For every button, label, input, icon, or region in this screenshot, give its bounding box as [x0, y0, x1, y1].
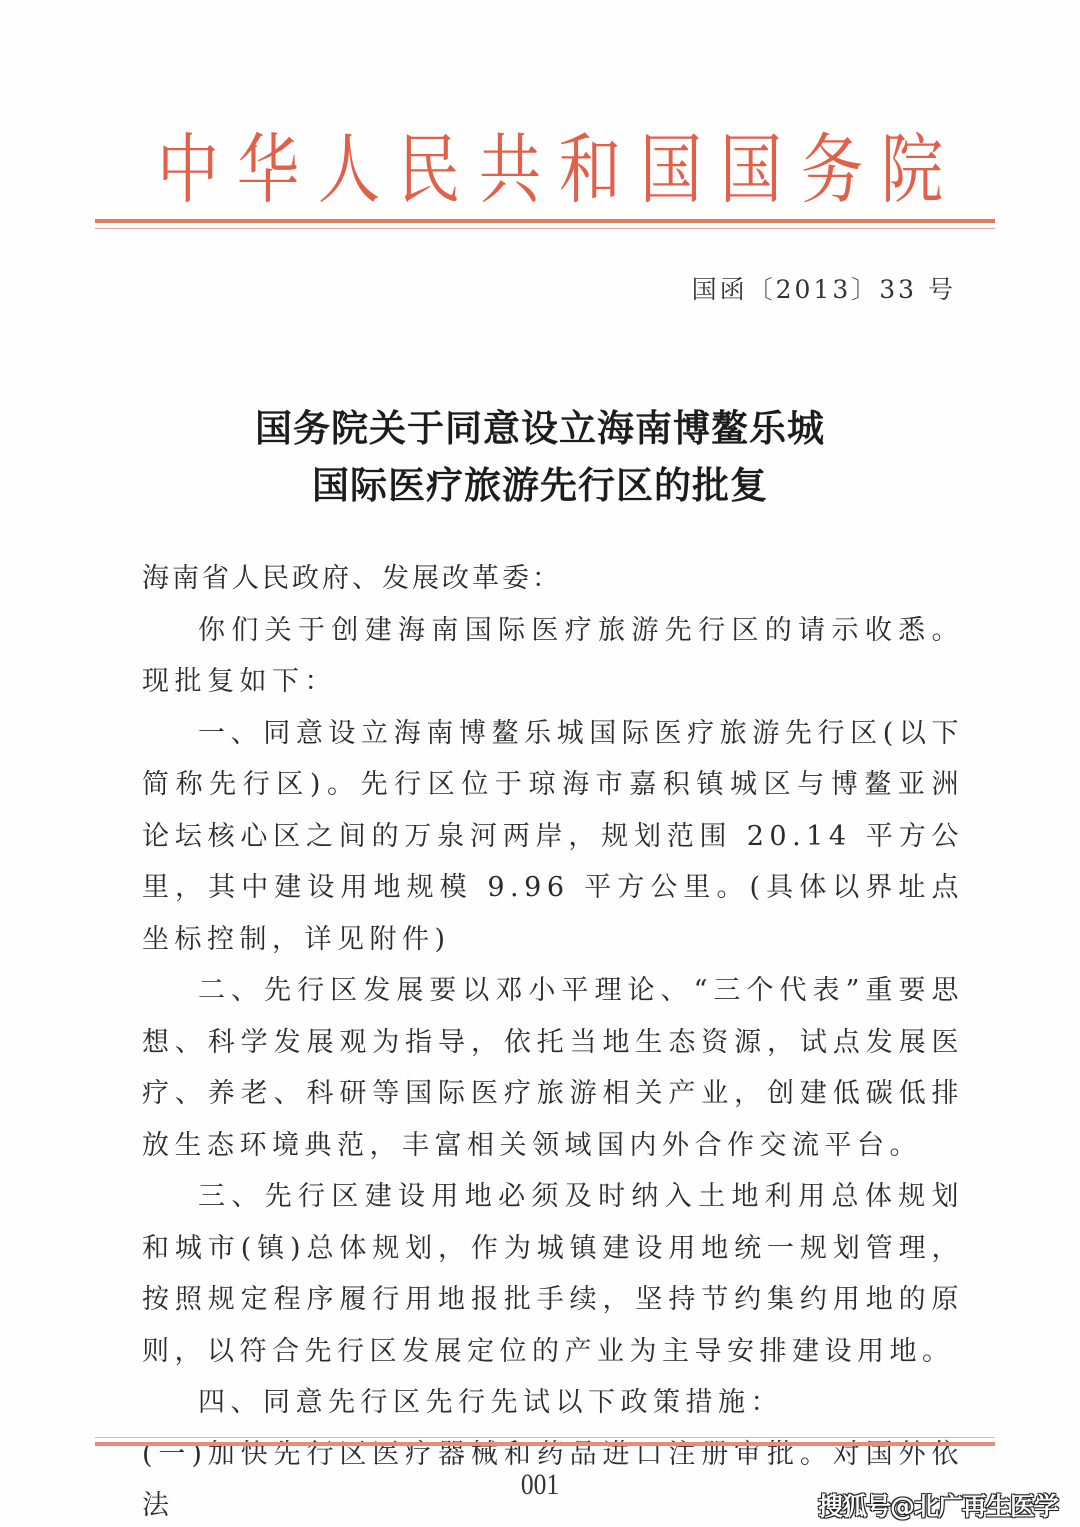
masthead-char: 国 — [720, 132, 782, 208]
paragraph-intro: 你们关于创建海南国际医疗旅游先行区的请示收悉。现批复如下： — [142, 605, 964, 708]
masthead-char: 共 — [479, 132, 541, 208]
masthead-char: 和 — [559, 132, 621, 208]
masthead-divider-thin — [95, 228, 995, 229]
masthead-char: 国 — [639, 132, 701, 208]
title-line-1: 国务院关于同意设立海南博鳌乐城 — [0, 400, 1080, 457]
masthead-char: 中 — [157, 132, 219, 208]
footer-divider-thin — [95, 1437, 995, 1438]
paragraph-1: 一、同意设立海南博鳌乐城国际医疗旅游先行区(以下简称先行区)。先行区位于琼海市嘉… — [142, 708, 964, 966]
masthead-char: 务 — [800, 132, 862, 208]
masthead-char: 院 — [881, 132, 943, 208]
paragraph-2: 二、先行区发展要以邓小平理论、“三个代表”重要思想、科学发展观为指导，依托当地生… — [142, 965, 964, 1171]
footer-divider-thick — [95, 1442, 995, 1446]
masthead-char: 华 — [237, 132, 299, 208]
salutation: 海南省人民政府、发展改革委： — [142, 553, 964, 605]
document-body: 海南省人民政府、发展改革委： 你们关于创建海南国际医疗旅游先行区的请示收悉。现批… — [142, 553, 964, 1527]
masthead-divider-thick — [95, 219, 995, 223]
masthead-char: 人 — [318, 132, 380, 208]
document-page: 中 华 人 民 共 和 国 国 务 院 国函〔2013〕33 号 国务院关于同意… — [0, 0, 1080, 1527]
masthead-char: 民 — [398, 132, 460, 208]
document-title: 国务院关于同意设立海南博鳌乐城 国际医疗旅游先行区的批复 — [0, 400, 1080, 514]
paragraph-3: 三、先行区建设用地必须及时纳入土地利用总体规划和城市(镇)总体规划，作为城镇建设… — [142, 1171, 964, 1377]
document-number: 国函〔2013〕33 号 — [692, 270, 956, 306]
title-line-2: 国际医疗旅游先行区的批复 — [0, 457, 1080, 514]
masthead-title: 中 华 人 民 共 和 国 国 务 院 — [150, 122, 950, 217]
source-watermark: 搜狐号@北广再生医学 — [818, 1487, 1058, 1523]
paragraph-4: 四、同意先行区先行先试以下政策措施： — [142, 1377, 964, 1429]
